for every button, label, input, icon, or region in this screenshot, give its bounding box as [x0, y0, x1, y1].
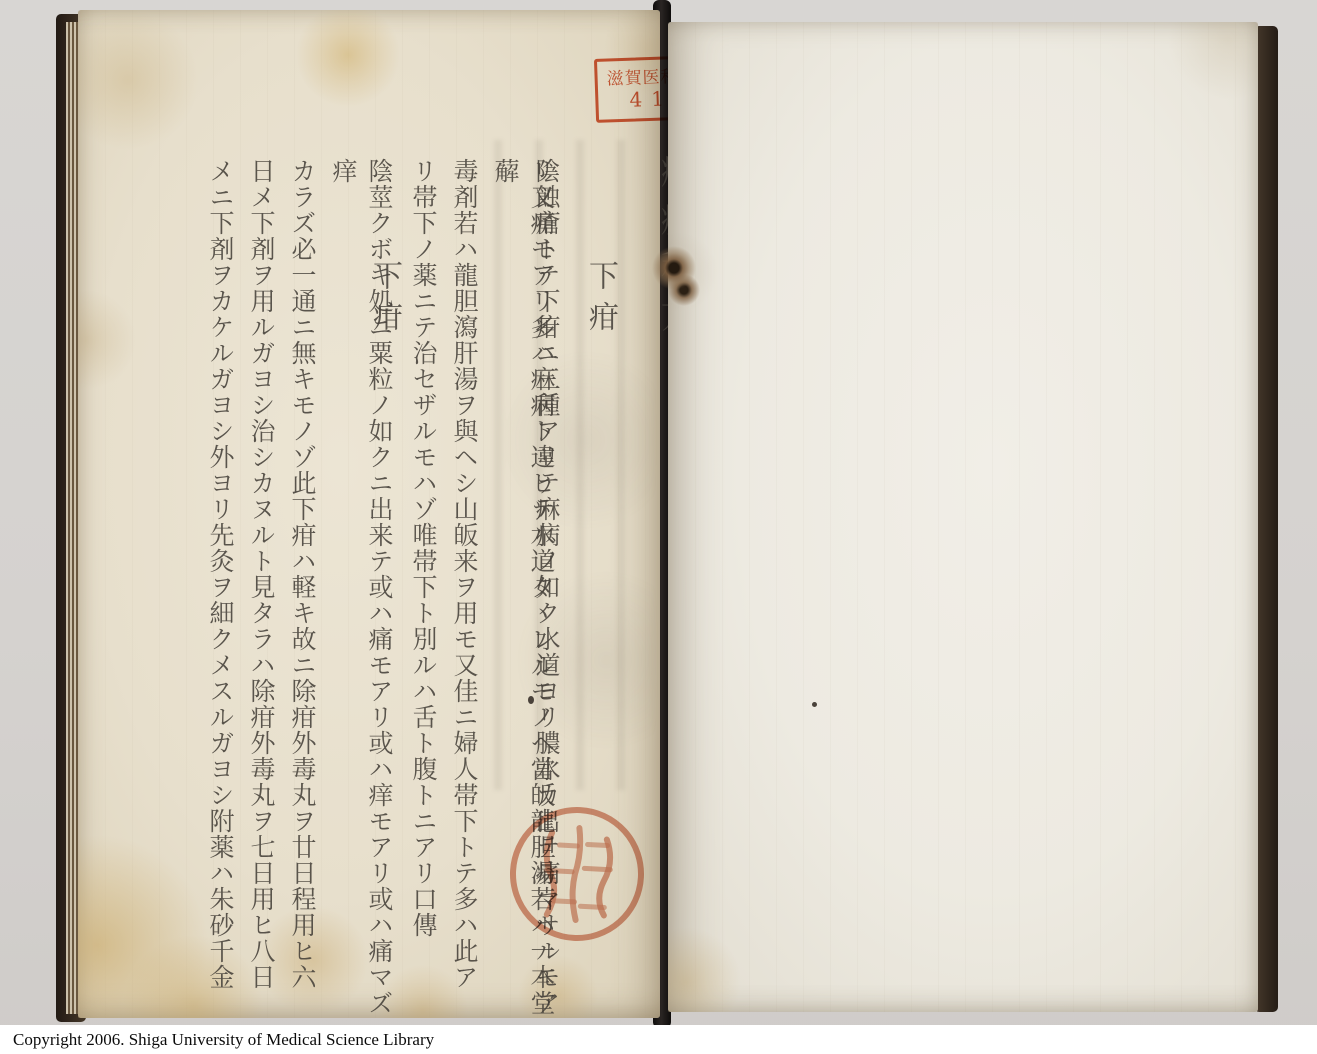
copyright-bar: Copyright 2006. Shiga University of Medi… [0, 1025, 1317, 1054]
copyright-text: Copyright 2006. Shiga University of Medi… [13, 1030, 434, 1050]
ink-speck [812, 702, 817, 707]
stain-overlay [668, 22, 1258, 1012]
section-heading: 下疳 [578, 260, 622, 342]
left-page: 滋賀医科大学図書 41124 癮瘡秘方 下疳 陰蝕瘡トテ下疳ニ三種アリテ痳病ノ如… [78, 10, 660, 1018]
text-column: 日メ下剤ヲ用ルガヨシ治シカヌルト見タラハ除疳外毒丸ヲ七日用ヒ八日 [243, 158, 279, 1020]
text-column: 陰莖クボキ処ニ粟粒ノ如クニ出来テ或ハ痛モアリ或ハ痒モアリ或ハ痛マズ痒 [325, 158, 397, 1020]
right-page [668, 22, 1258, 1012]
wormhole-damage [652, 246, 702, 310]
owner-seal-stamp [502, 794, 652, 953]
text-column: カラズ必一通ニ無キモノゾ此下疳ハ軽キ故ニ除疳外毒丸ヲ廿日程用ヒ六 [284, 158, 320, 1020]
text-column: メニ下剤ヲカケルガヨシ外ヨリ先灸ヲ細クメスルガヨシ附薬ハ朱砂千金 [202, 158, 238, 1020]
scanned-book-photo: 滋賀医科大学図書 41124 癮瘡秘方 下疳 陰蝕瘡トテ下疳ニ三種アリテ痳病ノ如… [0, 0, 1317, 1054]
text-column: リ帯下ノ薬ニテ治セザルモハゾ唯帯下ト別ルハ舌ト腹トニアリ口傳 [405, 158, 441, 1020]
ink-speck [528, 696, 534, 704]
text-column: 毒剤若ハ龍胆瀉肝湯ヲ與ヘシ山皈来ヲ用モ又佳ニ婦人帯下トテ多ハ此ア [446, 158, 482, 1020]
